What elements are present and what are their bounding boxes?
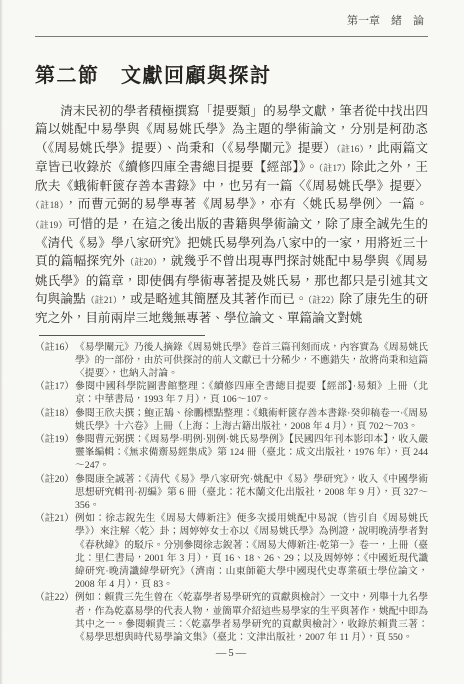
chapter-header-text: 第一章 緒 論: [347, 15, 424, 27]
footnote-item: （註19）參閱曹元弼撰：《周易學·明例·別例·姚氏易學例》【民國四年刊本影印本】…: [35, 433, 428, 473]
body-paragraph: 清末民初的學者積極撰寫「提要類」的易學文獻，筆者從中找出四篇以姚配中易學與《周易…: [35, 102, 428, 328]
footnote-label: （註17）: [35, 380, 75, 406]
body-text-segment: ，或是略述其簡歷及其著作而已。: [118, 292, 308, 306]
footnote-item: （註17）參閱中國科學院圖書館整理：《續修四庫全書總目提要【經部】·易類》上冊（…: [35, 380, 428, 406]
footnote-label: （註16）: [35, 341, 75, 381]
footnote-text: 參閱康全誠著：《清代《易》學八家研究·姚配中《易》學研究》，收入《中國學術思想研…: [75, 473, 428, 513]
footnote-ref: （註19）: [35, 220, 68, 230]
footnote-ref: （註20）: [125, 257, 158, 267]
running-header: 第一章 緒 論: [35, 15, 428, 28]
footnote-label: （註18）: [35, 407, 75, 433]
footnote-label: （註20）: [35, 473, 75, 513]
page-number: —5—: [0, 648, 464, 659]
footnote-ref: （註21）: [86, 295, 118, 305]
footnote-text: 例如：賴貴三先生曾在〈乾嘉學者易學研究的貢獻與檢討〉一文中，列舉十九名學者，作為…: [75, 591, 428, 644]
footnote-item: （註18）參閱王欣夫撰；鮑正鵠、徐鵬標點整理：《蛾術軒篋存善本書錄·癸卯稿卷一·…: [35, 407, 428, 433]
footnote-ref: （註17）: [318, 163, 351, 173]
footnote-label: （註19）: [35, 433, 75, 473]
footnote-label: （註21）: [35, 512, 75, 591]
footnote-text: 參閱王欣夫撰；鮑正鵠、徐鵬標點整理：《蛾術軒篋存善本書錄·癸卯稿卷一·《周易姚氏…: [75, 407, 428, 433]
footnote-item: （註20）參閱康全誠著：《清代《易》學八家研究·姚配中《易》學研究》，收入《中國…: [35, 473, 428, 513]
section-title: 第二節 文獻回顧與探討: [35, 64, 428, 88]
footnotes-block: （註16）《易學闡元》乃後人摘錄《周易姚氏學》卷首三篇刊刻而成，內容實為《周易姚…: [35, 341, 428, 645]
footnote-text: 《易學闡元》乃後人摘錄《周易姚氏學》卷首三篇刊刻而成，內容實為《周易姚氏學》的一…: [75, 341, 428, 381]
footnote-text: 例如：徐志銳先生《周易大傳新注》便多次援用姚配中易說（皆引自《周易姚氏學》）來注…: [75, 512, 428, 591]
footnote-ref: （註22）: [308, 295, 340, 305]
footnote-text: 參閱曹元弼撰：《周易學·明例·別例·姚氏易學例》【民國四年刊本影印本】，收入嚴靈…: [75, 433, 428, 473]
footnote-label: （註22）: [35, 591, 75, 644]
footnote-item: （註16）《易學闡元》乃後人摘錄《周易姚氏學》卷首三篇刊刻而成，內容實為《周易姚…: [35, 341, 428, 381]
footnote-item: （註21）例如：徐志銳先生《周易大傳新注》便多次援用姚配中易說（皆引自《周易姚氏…: [35, 512, 428, 591]
scan-edge-artifact: [0, 0, 3, 684]
footnote-ref: （註16）: [336, 144, 364, 154]
footnote-separator-rule: [39, 335, 205, 336]
footnote-item: （註22）例如：賴貴三先生曾在〈乾嘉學者易學研究的貢獻與檢討〉一文中，列舉十九名…: [35, 591, 428, 644]
scanned-book-page: 第一章 緒 論 第二節 文獻回顧與探討 清末民初的學者積極撰寫「提要類」的易學文…: [0, 0, 464, 684]
header-rule: [35, 36, 428, 37]
footnote-text: 參閱中國科學院圖書館整理：《續修四庫全書總目提要【經部】·易類》上冊（北京：中華…: [75, 380, 428, 406]
footnote-ref: （註18）: [35, 200, 65, 210]
body-text-segment: ，而曹元弼的易學專著《周易學》，亦有〈姚氏易學例〉一篇。: [65, 197, 428, 211]
